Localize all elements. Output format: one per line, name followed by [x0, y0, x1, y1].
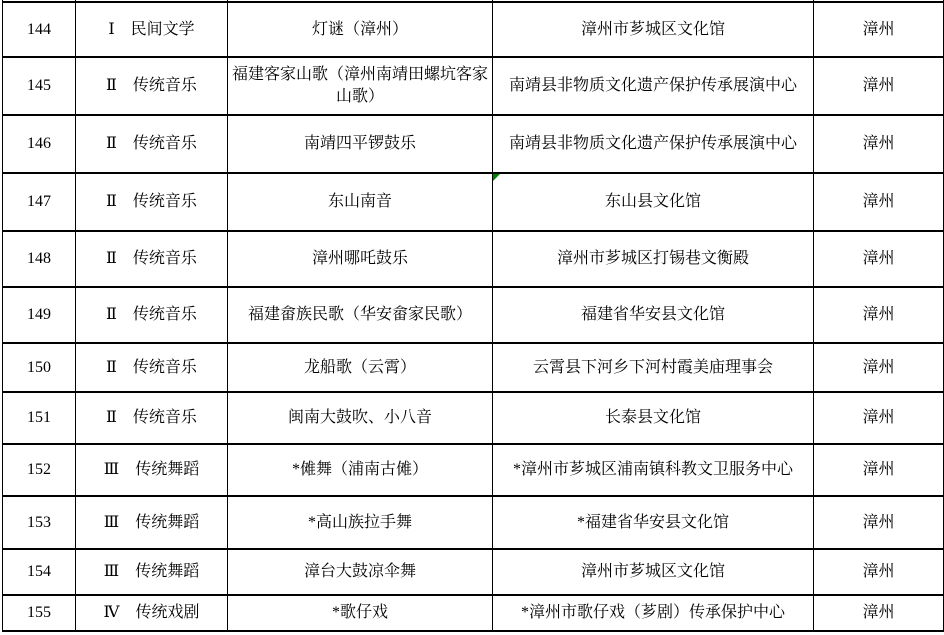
cell-row-number[interactable]: 145 — [3, 57, 76, 115]
cell-category[interactable]: Ⅰ 民间文学 — [76, 2, 228, 57]
category-label: Ⅱ 传统音乐 — [106, 193, 197, 210]
city-name: 漳州 — [862, 135, 894, 152]
cell-item-name[interactable]: 灯谜（漳州） — [228, 2, 493, 57]
table-row: 153 Ⅲ 传统舞蹈 *高山族拉手舞 *福建省华安县文化馆 漳州 — [3, 496, 944, 549]
cell-city[interactable]: 漳州 — [814, 392, 944, 444]
cell-organization[interactable]: 漳州市芗城区文化馆 — [493, 549, 814, 595]
cell-row-number[interactable]: 144 — [3, 2, 76, 57]
category-label: Ⅲ 传统舞蹈 — [104, 514, 199, 531]
cell-city[interactable]: 漳州 — [814, 287, 944, 343]
cell-city[interactable]: 漳州 — [814, 496, 944, 549]
cell-row-number[interactable]: 155 — [3, 595, 76, 631]
row-number: 155 — [27, 604, 51, 621]
organization-name: 云霄县下河乡下河村霞美庙理事会 — [533, 359, 773, 376]
category-label: Ⅱ 传统音乐 — [106, 409, 197, 426]
cell-item-name[interactable]: 漳州哪吒鼓乐 — [228, 231, 493, 287]
category-label: Ⅳ 传统戏剧 — [104, 604, 200, 621]
cell-category[interactable]: Ⅱ 传统音乐 — [76, 173, 228, 231]
cell-category[interactable]: Ⅱ 传统音乐 — [76, 343, 228, 392]
organization-name: 南靖县非物质文化遗产保护传承展演中心 — [509, 77, 797, 94]
category-label: Ⅲ 传统舞蹈 — [104, 461, 199, 478]
category-label: Ⅲ 传统舞蹈 — [104, 563, 199, 580]
city-name: 漳州 — [862, 604, 894, 621]
category-label: Ⅱ 传统音乐 — [106, 359, 197, 376]
item-name: *高山族拉手舞 — [308, 514, 412, 531]
item-name: 福建客家山歌（漳州南靖田螺坑客家山歌） — [232, 66, 488, 105]
cell-category[interactable]: Ⅱ 传统音乐 — [76, 57, 228, 115]
table-row: 148 Ⅱ 传统音乐 漳州哪吒鼓乐 漳州市芗城区打锡巷文衡殿 漳州 — [3, 231, 944, 287]
organization-name: 南靖县非物质文化遗产保护传承展演中心 — [509, 135, 797, 152]
table-row: 150 Ⅱ 传统音乐 龙船歌（云霄） 云霄县下河乡下河村霞美庙理事会 漳州 — [3, 343, 944, 392]
organization-name: 漳州市芗城区文化馆 — [581, 21, 725, 38]
cell-row-number[interactable]: 148 — [3, 231, 76, 287]
row-number: 150 — [27, 359, 51, 376]
cell-city[interactable]: 漳州 — [814, 2, 944, 57]
cell-item-name[interactable]: 福建畲族民歌（华安畲家民歌） — [228, 287, 493, 343]
city-name: 漳州 — [862, 193, 894, 210]
cell-organization[interactable]: 福建省华安县文化馆 — [493, 287, 814, 343]
cell-category[interactable]: Ⅱ 传统音乐 — [76, 392, 228, 444]
cell-category[interactable]: Ⅱ 传统音乐 — [76, 287, 228, 343]
category-label: Ⅱ 传统音乐 — [106, 135, 197, 152]
row-number: 145 — [27, 77, 51, 94]
organization-name: 漳州市芗城区文化馆 — [581, 563, 725, 580]
cell-category[interactable]: Ⅲ 传统舞蹈 — [76, 496, 228, 549]
cell-row-number[interactable]: 146 — [3, 115, 76, 173]
item-name: 福建畲族民歌（华安畲家民歌） — [248, 306, 472, 323]
organization-name: 长泰县文化馆 — [605, 409, 701, 426]
item-name: 南靖四平锣鼓乐 — [304, 135, 416, 152]
cell-row-number[interactable]: 150 — [3, 343, 76, 392]
heritage-table-body: 144 Ⅰ 民间文学 灯谜（漳州） 漳州市芗城区文化馆 漳州 145 Ⅱ 传统音… — [3, 0, 944, 631]
cell-city[interactable]: 漳州 — [814, 343, 944, 392]
cell-city[interactable]: 漳州 — [814, 115, 944, 173]
organization-name: *福建省华安县文化馆 — [577, 514, 729, 531]
item-name: 龙船歌（云霄） — [304, 359, 416, 376]
cell-organization[interactable]: *漳州市芗城区浦南镇科教文卫服务中心 — [493, 444, 814, 496]
cell-organization[interactable]: *福建省华安县文化馆 — [493, 496, 814, 549]
table-row: 149 Ⅱ 传统音乐 福建畲族民歌（华安畲家民歌） 福建省华安县文化馆 漳州 — [3, 287, 944, 343]
cell-city[interactable]: 漳州 — [814, 173, 944, 231]
row-number: 154 — [27, 563, 51, 580]
row-number: 144 — [27, 21, 51, 38]
city-name: 漳州 — [862, 563, 894, 580]
row-number: 149 — [27, 306, 51, 323]
cell-row-number[interactable]: 153 — [3, 496, 76, 549]
cell-city[interactable]: 漳州 — [814, 57, 944, 115]
organization-name: 漳州市芗城区打锡巷文衡殿 — [557, 250, 749, 267]
row-number: 151 — [27, 409, 51, 426]
city-name: 漳州 — [862, 359, 894, 376]
organization-name: *漳州市芗城区浦南镇科教文卫服务中心 — [513, 461, 793, 478]
cell-organization[interactable]: 南靖县非物质文化遗产保护传承展演中心 — [493, 115, 814, 173]
city-name: 漳州 — [862, 250, 894, 267]
table-row: 144 Ⅰ 民间文学 灯谜（漳州） 漳州市芗城区文化馆 漳州 — [3, 2, 944, 57]
cell-item-name[interactable]: *高山族拉手舞 — [228, 496, 493, 549]
table-row: 145 Ⅱ 传统音乐 福建客家山歌（漳州南靖田螺坑客家山歌） 南靖县非物质文化遗… — [3, 57, 944, 115]
cell-item-name[interactable]: 漳台大鼓凉伞舞 — [228, 549, 493, 595]
cell-category[interactable]: Ⅳ 传统戏剧 — [76, 595, 228, 631]
row-number: 146 — [27, 135, 51, 152]
cell-organization[interactable]: 长泰县文化馆 — [493, 392, 814, 444]
table-row: 146 Ⅱ 传统音乐 南靖四平锣鼓乐 南靖县非物质文化遗产保护传承展演中心 漳州 — [3, 115, 944, 173]
row-number: 147 — [27, 193, 51, 210]
category-label: Ⅰ 民间文学 — [108, 21, 194, 38]
cell-row-number[interactable]: 149 — [3, 287, 76, 343]
item-name: 东山南音 — [328, 193, 392, 210]
cell-row-number[interactable]: 154 — [3, 549, 76, 595]
table-row: 154 Ⅲ 传统舞蹈 漳台大鼓凉伞舞 漳州市芗城区文化馆 漳州 — [3, 549, 944, 595]
city-name: 漳州 — [862, 514, 894, 531]
cell-organization[interactable]: 东山县文化馆 — [493, 173, 814, 231]
cell-row-number[interactable]: 152 — [3, 444, 76, 496]
cell-item-name[interactable]: 东山南音 — [228, 173, 493, 231]
heritage-table: 144 Ⅰ 民间文学 灯谜（漳州） 漳州市芗城区文化馆 漳州 145 Ⅱ 传统音… — [2, 0, 944, 632]
cell-row-number[interactable]: 147 — [3, 173, 76, 231]
city-name: 漳州 — [862, 77, 894, 94]
table-row: 155 Ⅳ 传统戏剧 *歌仔戏 *漳州市歌仔戏（芗剧）传承保护中心 漳州 — [3, 595, 944, 631]
cell-organization[interactable]: 南靖县非物质文化遗产保护传承展演中心 — [493, 57, 814, 115]
organization-name: *漳州市歌仔戏（芗剧）传承保护中心 — [521, 604, 785, 621]
cell-organization[interactable]: 漳州市芗城区文化馆 — [493, 2, 814, 57]
cell-item-name[interactable]: 福建客家山歌（漳州南靖田螺坑客家山歌） — [228, 57, 493, 115]
cell-category[interactable]: Ⅱ 传统音乐 — [76, 231, 228, 287]
green-triangle-icon — [493, 174, 500, 181]
organization-name: 东山县文化馆 — [605, 193, 701, 210]
city-name: 漳州 — [862, 409, 894, 426]
cell-city[interactable]: 漳州 — [814, 231, 944, 287]
table-row: 147 Ⅱ 传统音乐 东山南音 东山县文化馆 漳州 — [3, 173, 944, 231]
item-name: *傩舞（浦南古傩） — [292, 461, 428, 478]
cell-organization[interactable]: *漳州市歌仔戏（芗剧）传承保护中心 — [493, 595, 814, 631]
cell-category[interactable]: Ⅲ 传统舞蹈 — [76, 549, 228, 595]
cell-city[interactable]: 漳州 — [814, 444, 944, 496]
item-name: 灯谜（漳州） — [312, 21, 408, 38]
cell-category[interactable]: Ⅲ 传统舞蹈 — [76, 444, 228, 496]
row-number: 153 — [27, 514, 51, 531]
cell-item-name[interactable]: 龙船歌（云霄） — [228, 343, 493, 392]
category-label: Ⅱ 传统音乐 — [106, 306, 197, 323]
city-name: 漳州 — [862, 461, 894, 478]
row-number: 148 — [27, 250, 51, 267]
item-name: 漳台大鼓凉伞舞 — [304, 563, 416, 580]
row-number: 152 — [27, 461, 51, 478]
cell-item-name[interactable]: *傩舞（浦南古傩） — [228, 444, 493, 496]
cell-item-name[interactable]: 闽南大鼓吹、小八音 — [228, 392, 493, 444]
cell-item-name[interactable]: 南靖四平锣鼓乐 — [228, 115, 493, 173]
cell-organization[interactable]: 漳州市芗城区打锡巷文衡殿 — [493, 231, 814, 287]
category-label: Ⅱ 传统音乐 — [106, 77, 197, 94]
spreadsheet-viewport: 144 Ⅰ 民间文学 灯谜（漳州） 漳州市芗城区文化馆 漳州 145 Ⅱ 传统音… — [0, 0, 944, 635]
city-name: 漳州 — [862, 21, 894, 38]
item-name: 闽南大鼓吹、小八音 — [288, 409, 432, 426]
table-row: 152 Ⅲ 传统舞蹈 *傩舞（浦南古傩） *漳州市芗城区浦南镇科教文卫服务中心 … — [3, 444, 944, 496]
table-row: 151 Ⅱ 传统音乐 闽南大鼓吹、小八音 长泰县文化馆 漳州 — [3, 392, 944, 444]
cell-category[interactable]: Ⅱ 传统音乐 — [76, 115, 228, 173]
cell-city[interactable]: 漳州 — [814, 595, 944, 631]
item-name: *歌仔戏 — [332, 604, 388, 621]
cell-row-number[interactable]: 151 — [3, 392, 76, 444]
item-name: 漳州哪吒鼓乐 — [312, 250, 408, 267]
cell-organization[interactable]: 云霄县下河乡下河村霞美庙理事会 — [493, 343, 814, 392]
category-label: Ⅱ 传统音乐 — [106, 250, 197, 267]
cell-item-name[interactable]: *歌仔戏 — [228, 595, 493, 631]
city-name: 漳州 — [862, 306, 894, 323]
cell-city[interactable]: 漳州 — [814, 549, 944, 595]
organization-name: 福建省华安县文化馆 — [581, 306, 725, 323]
